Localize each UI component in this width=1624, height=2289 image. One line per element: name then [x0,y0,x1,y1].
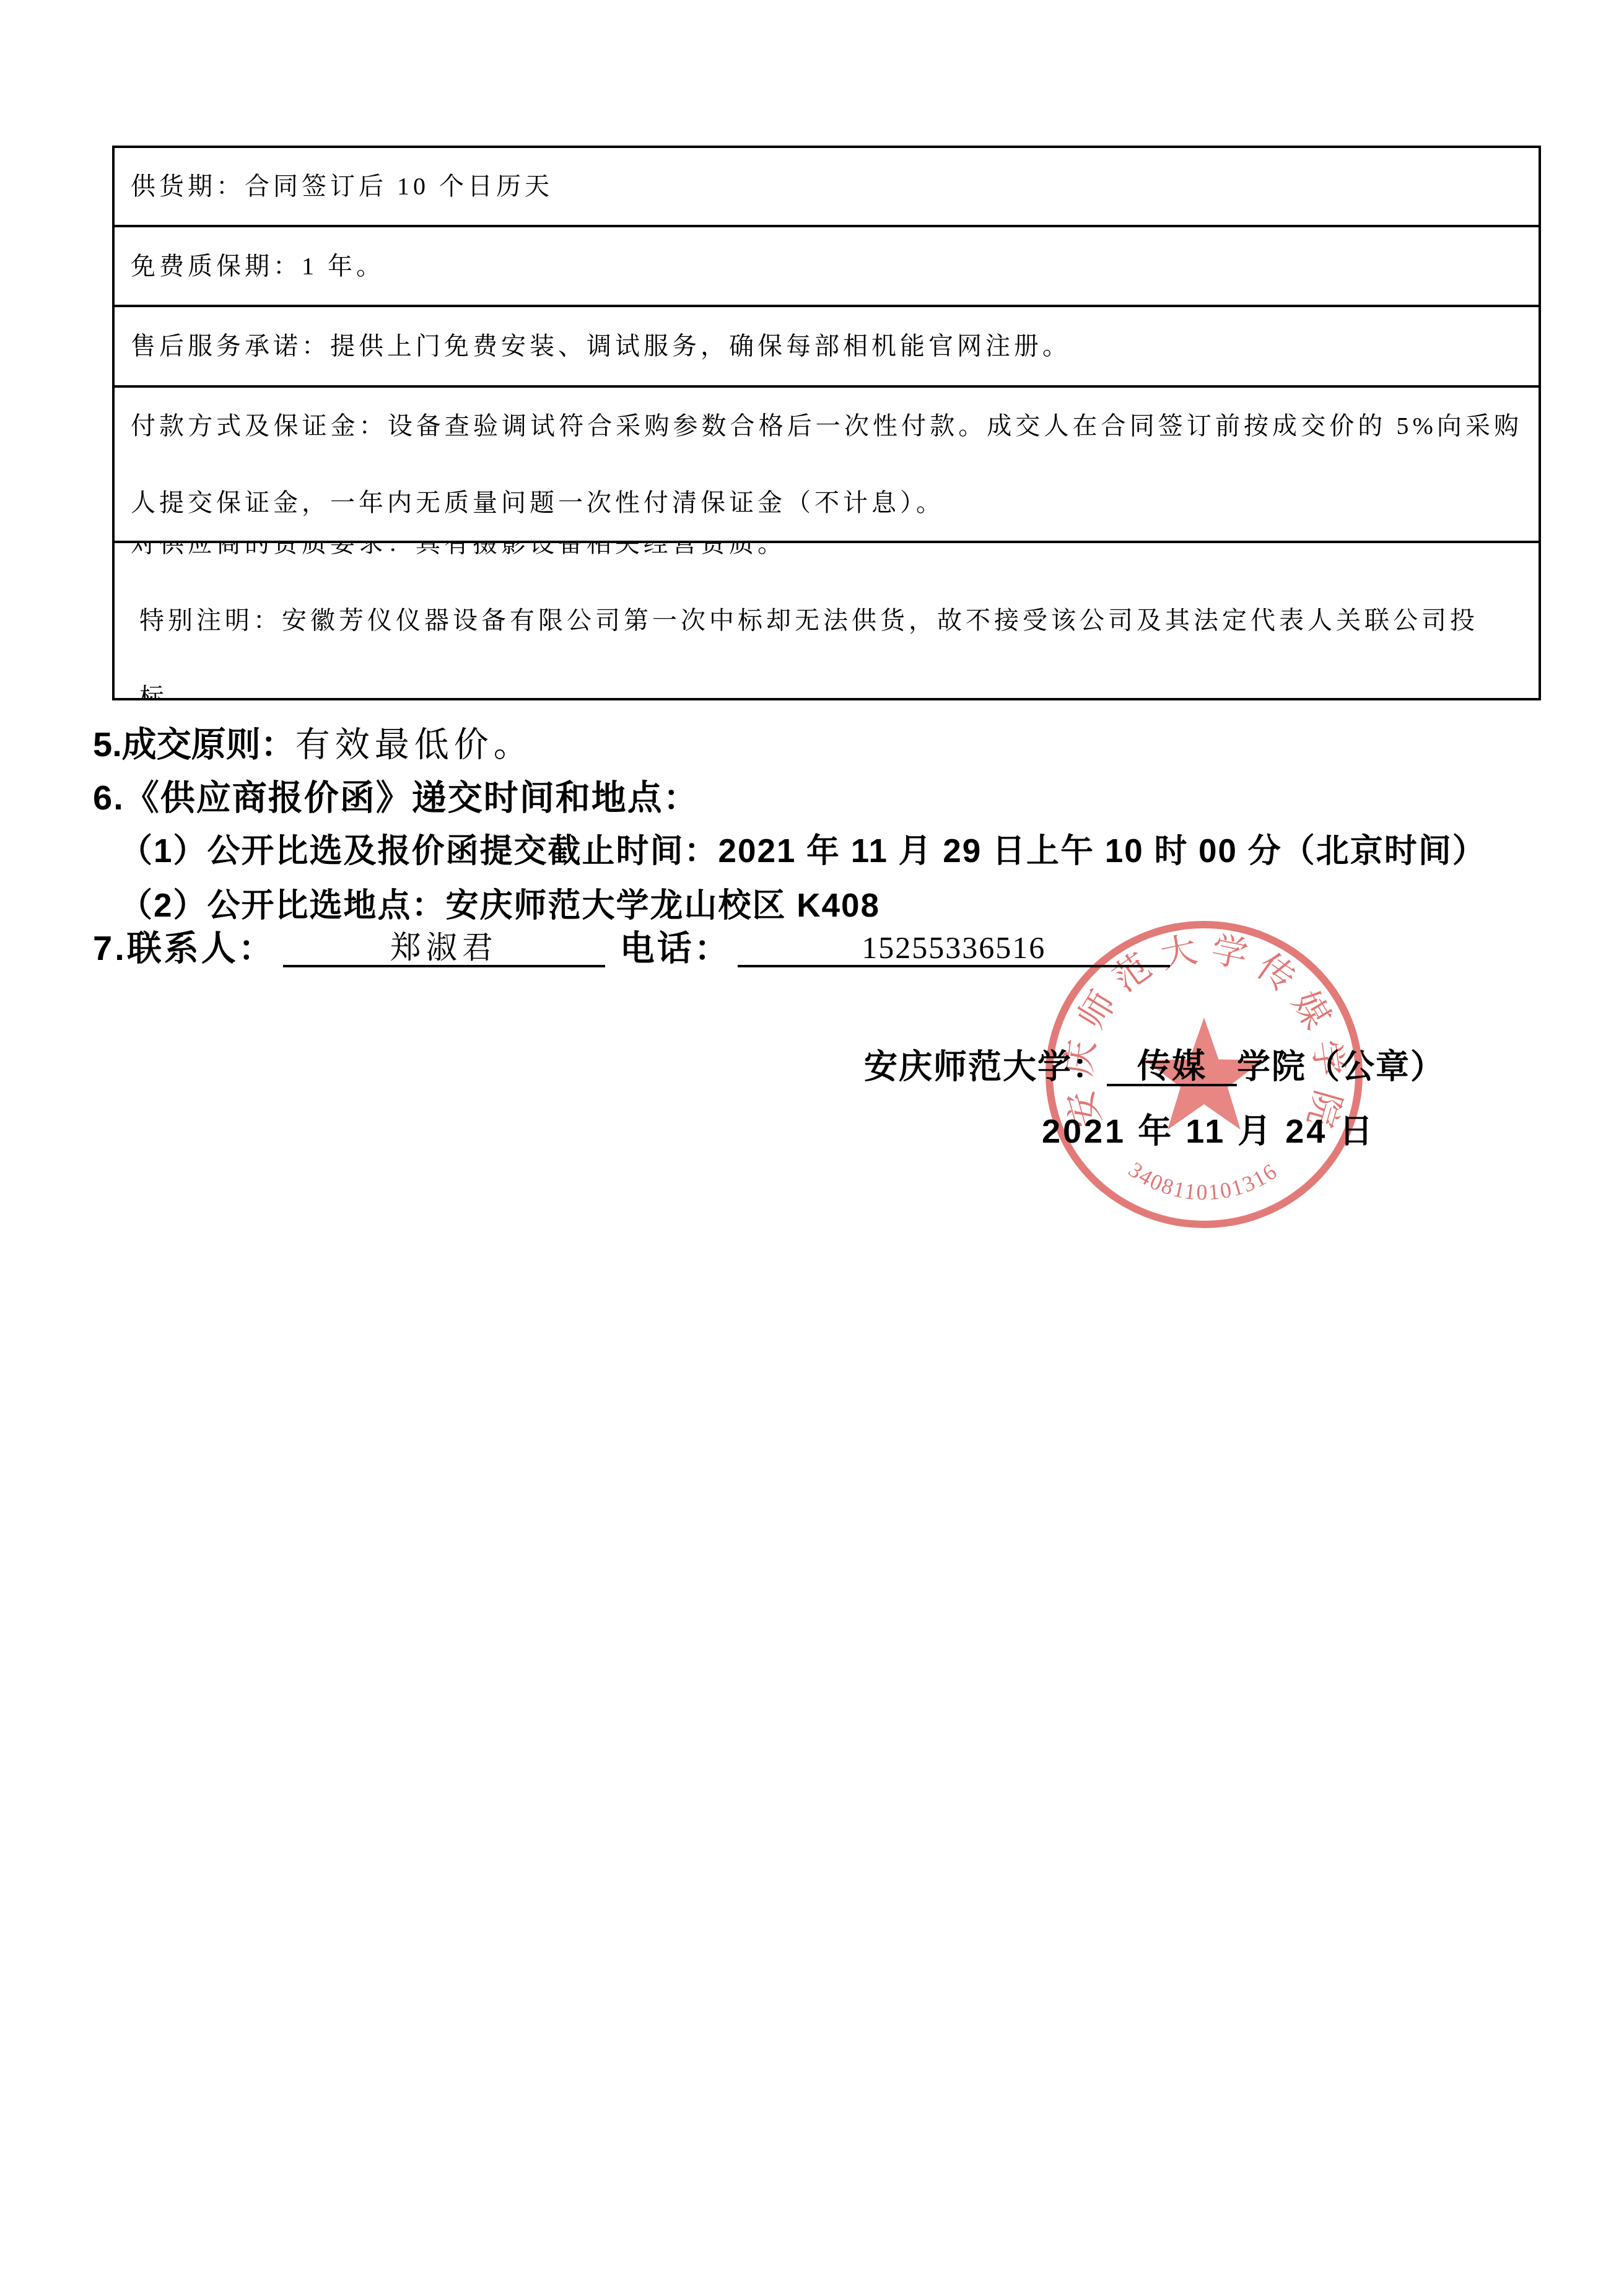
location-line: （2）公开比选地点：安庆师范大学龙山校区 K408 [120,879,880,926]
award-principle-line: 5.成交原则：有效最低价。 [93,717,533,767]
award-principle-label: 5.成交原则： [93,725,295,764]
seal-serial: 3408110101316 [1124,1157,1281,1205]
deadline-line: （1）公开比选及报价函提交截止时间：2021 年 11 月 29 日上午 10 … [120,825,1486,872]
contact-line: 7.联系人： 郑淑君 电话： 15255336516 [93,929,1170,967]
submission-heading: 6.《供应商报价函》递交时间和地点： [93,770,699,820]
phone-number-blank: 15255336516 [738,929,1170,967]
table-cell-text: 特别注明：安徽芳仪仪器设备有限公司第一次中标却无法供货，故不接受该公司及其法定代… [131,582,1522,698]
award-principle-value: 有效最低价。 [295,726,533,764]
table-cell-text: 免费质保期：1 年。 [131,228,1522,305]
table-cell-text: 对供应商的资质要求：具有摄影设备相关经营资质。 [131,541,1522,582]
org-suffix: 学院（公章） [1237,1048,1445,1086]
table-cell-text: 售后服务承诺：提供上门免费安装、调试服务，确保每部相机能官网注册。 [131,308,1522,385]
table-row-qualification: 对供应商的资质要求：具有摄影设备相关经营资质。 特别注明：安徽芳仪仪器设备有限公… [115,541,1539,698]
table-cell-text: 付款方式及保证金：设备查验调试符合采购参数合格后一次性付款。成交人在合同签订前按… [131,388,1522,541]
table-row-supply-period: 供货期：合同签订后 10 个日历天 [115,148,1539,225]
table-row-payment: 付款方式及保证金：设备查验调试符合采购参数合格后一次性付款。成交人在合同签订前按… [115,385,1539,541]
terms-table: 供货期：合同签订后 10 个日历天 免费质保期：1 年。 售后服务承诺：提供上门… [112,146,1541,700]
table-row-warranty: 免费质保期：1 年。 [115,225,1539,305]
signature-line: 安庆师范大学： 传媒 学院（公章） [864,1048,1445,1086]
contact-label: 7.联系人： [93,929,276,967]
document-page: 供货期：合同签订后 10 个日历天 免费质保期：1 年。 售后服务承诺：提供上门… [0,0,1624,2289]
date-line: 2021 年 11 月 24 日 [1042,1105,1375,1153]
contact-name-blank: 郑淑君 [283,929,605,967]
org-blank: 传媒 [1107,1048,1237,1086]
phone-label: 电话： [620,929,731,967]
org-prefix: 安庆师范大学： [864,1048,1107,1086]
table-row-after-sales: 售后服务承诺：提供上门免费安装、调试服务，确保每部相机能官网注册。 [115,305,1539,385]
table-cell-text: 供货期：合同签订后 10 个日历天 [131,148,1522,225]
